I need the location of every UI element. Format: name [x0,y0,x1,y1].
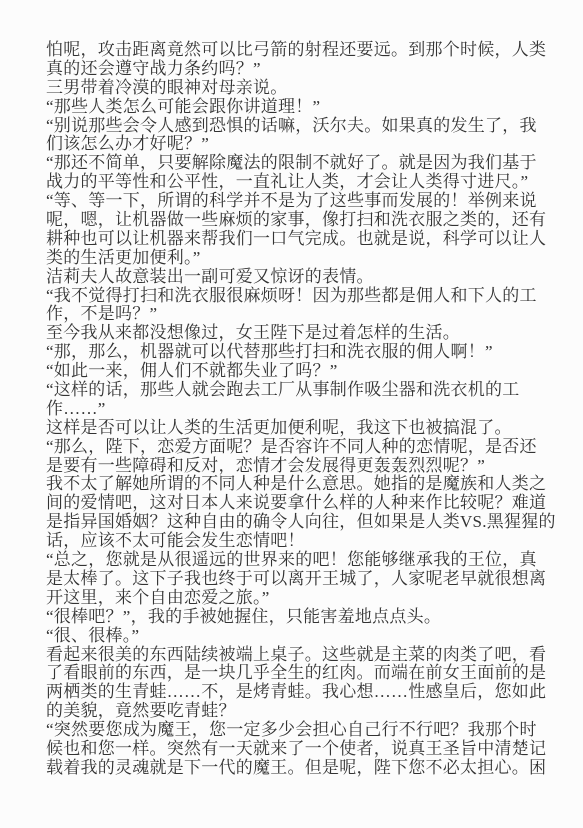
text-line: 候也和您一样。突然有一天就来了一个使者，说真王圣旨中清楚记 [46,740,551,759]
text-line: 们该怎么办才好呢？” [46,135,551,154]
text-line: 我不太了解她所谓的不同人种是什么意思。她指的是魔族和人类之 [46,475,551,494]
novel-page: 怕呢，攻击距离竟然可以比弓箭的射程还要远。到那个时候，人类真的还会遵守战力条约吗… [0,0,583,828]
text-line: 作，不是吗？” [46,305,551,324]
text-line: 战力的平等性和公平性，一直礼让人类，才会让人类得寸进尺。” [46,173,551,192]
text-line: 看起来很美的东西陆续被端上桌子。这些就是主菜的肉类了吧，看 [46,646,551,665]
text-line: “很棒吧？”，我的手被她握住，只能害羞地点点头。 [46,608,551,627]
text-line: 是太棒了。这下子我也终于可以离开王城了，人家呢老早就很想离 [46,570,551,589]
text-line: 间的爱情吧，这对日本人来说要拿什么样的人种来作比较呢？难道 [46,494,551,513]
text-line: “如此一来，佣人们不就都失业了吗？” [46,362,551,381]
text-line: “总之，您就是从很遥远的世界来的吧！您能够继承我的王位，真 [46,551,551,570]
text-line: 类的生活更加便利。” [46,249,551,268]
text-line: 至今我从来都没想像过，女王陛下是过着怎样的生活。 [46,324,551,343]
text-line: 洁莉夫人故意装出一副可爱又惊讶的表情。 [46,268,551,287]
text-line: “这样的话，那些人就会跑去工厂从事制作吸尘器和洗衣机的工 [46,381,551,400]
text-line: “我不觉得打扫和洗衣服很麻烦呀！因为那些都是佣人和下人的工 [46,287,551,306]
text-line: “别说那些会令人感到恐惧的话嘛，沃尔夫。如果真的发生了，我 [46,117,551,136]
text-line: 怕呢，攻击距离竟然可以比弓箭的射程还要远。到那个时候，人类 [46,41,551,60]
text-line: 是指异国婚姻？这种自由的确令人向往，但如果是人类VS.黑猩猩的 [46,513,551,532]
text-line: 作……” [46,400,551,419]
text-line: 开这里，来个自由恋爱之旅。” [46,589,551,608]
text-line: 三男带着冷漠的眼神对母亲说。 [46,79,551,98]
text-line: “很、很棒。” [46,627,551,646]
text-line: “那还不简单，只要解除魔法的限制不就好了。就是因为我们基于 [46,154,551,173]
text-line: 耕种也可以让机器来帮我们一口气完成。也就是说，科学可以让人 [46,230,551,249]
text-line: “等、等一下，所谓的科学并不是为了这些事而发展的！举例来说 [46,192,551,211]
text-line: 两栖类的生青蛙……不，是烤青蛙。我心想……性感皇后，您如此 [46,683,551,702]
text-line: 的美貌，竟然要吃青蛙？ [46,702,551,721]
text-line: 这样是否可以让人类的生活更加便利呢，我这下也被搞混了。 [46,419,551,438]
text-line: “突然要您成为魔王，您一定多少会担心自己行不行吧？我那个时 [46,721,551,740]
text-line: “那，那么，机器就可以代替那些打扫和洗衣服的佣人啊！” [46,343,551,362]
text-line: 呢，嗯，让机器做一些麻烦的家事，像打扫和洗衣服之类的，还有 [46,211,551,230]
text-line: 话，应该不太可能会发生恋情吧！ [46,532,551,551]
text-line: 载着我的灵魂就是下一代的魔王。但是呢，陛下您不必太担心。困 [46,759,551,778]
text-line: 了看眼前的东西，是一块几乎全生的红肉。而端在前女王面前的是 [46,664,551,683]
text-line: “那些人类怎么可能会跟你讲道理！” [46,98,551,117]
text-line: 真的还会遵守战力条约吗？” [46,60,551,79]
text-block: 怕呢，攻击距离竟然可以比弓箭的射程还要远。到那个时候，人类真的还会遵守战力条约吗… [46,41,551,778]
text-line: 是要有一些障碍和反对，恋情才会发展得更轰轰烈烈呢？” [46,457,551,476]
text-line: “那么，陛下，恋爱方面呢？是否容许不同人种的恋情呢，是否还 [46,438,551,457]
